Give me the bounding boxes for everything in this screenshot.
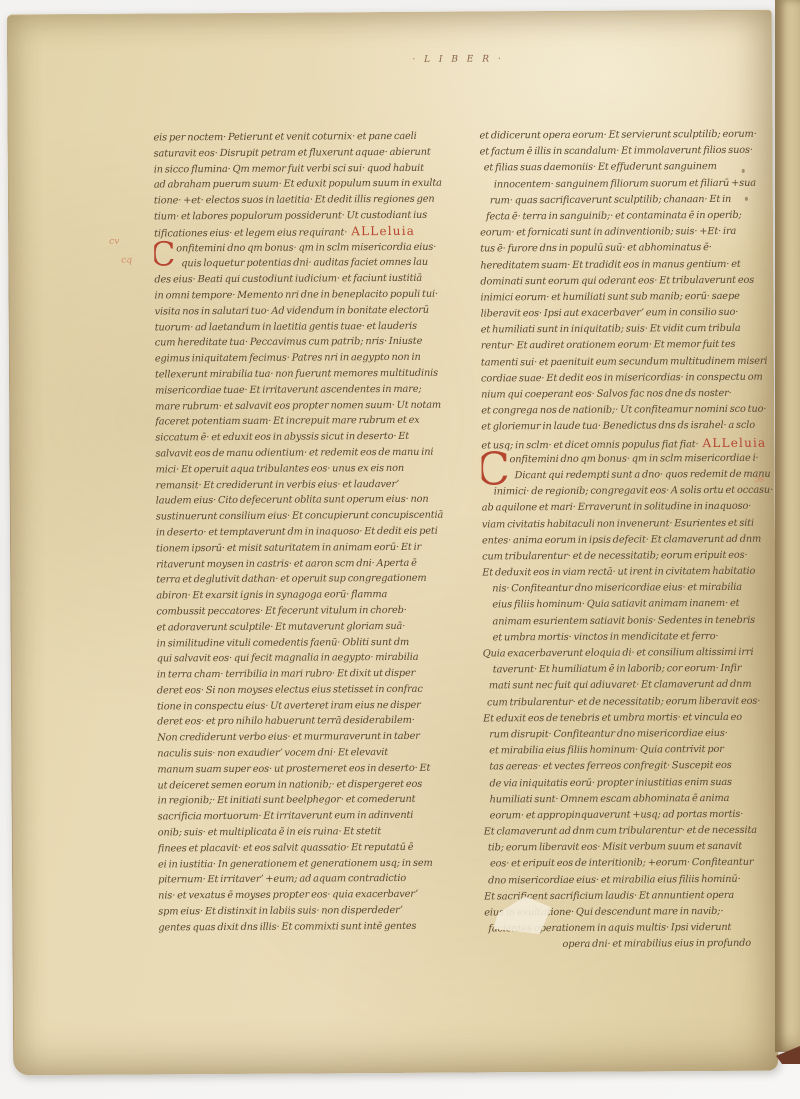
line-text: Et clamaverunt ad dnm cum tribularentur·… — [484, 825, 757, 838]
text-line: Dicant qui redempti sunt a dno· quos red… — [482, 467, 775, 485]
line-text: cordiae suae· Et dedit eos in misericord… — [481, 372, 763, 385]
text-line: terra et deglutivit dathan· et operuit s… — [156, 571, 456, 589]
line-text: onfitemini dno qm bonus· qm in sclm mise… — [509, 453, 758, 466]
text-line: eorum· et appropinquaverunt +usq; ad por… — [484, 807, 777, 825]
line-text: Non crediderunt verbo eius· et murmurave… — [157, 731, 420, 744]
text-line: et factum ē illis in scandalum· Et immol… — [480, 143, 773, 161]
text-line: et congrega nos de nationib;· Ut confite… — [481, 402, 774, 420]
right-text-column: et didicerunt opera eorum· Et servierunt… — [479, 127, 777, 954]
text-line: hereditatem suam· Et tradidit eos in man… — [480, 256, 773, 274]
text-line: opera dni· et mirabilius eius in profund… — [484, 936, 777, 954]
alleluia-rubric: ALLeluia — [698, 435, 766, 449]
text-line: nis· Confiteantur dno misericordiae eius… — [482, 580, 775, 598]
line-text: quis loquetur potentias dni· auditas fac… — [181, 257, 428, 270]
line-text: tione· +et· electos suos in laetitia· Et… — [154, 194, 435, 207]
text-line: tus ē· furore dns in populū suū· et abho… — [480, 240, 773, 258]
text-line: et humiliati sunt in iniquitatib; suis· … — [481, 321, 774, 339]
text-line: in omni tempore· Memento nri dne in bene… — [154, 287, 454, 305]
line-text: tium· et labores populorum possiderunt· … — [154, 210, 427, 223]
line-text: Quia exacerbaverunt eloquia di· et consi… — [483, 647, 754, 660]
line-text: eos· et eripuit eos de interitionib; +eo… — [490, 857, 753, 870]
text-line: tione in conspectu eius· Ut averteret ir… — [157, 697, 457, 715]
page-header-title: · L I B E R · — [308, 54, 608, 66]
line-text: tificationes eius· et legem eius requira… — [154, 227, 347, 239]
text-line: nium qui coeperant eos· Salvos fac nos d… — [481, 386, 774, 404]
text-line: spm eius· Et distinxit in labiis suis· n… — [158, 903, 458, 921]
text-line: et usq; in sclm· et dicet omnis populus … — [481, 434, 774, 452]
line-text: viam civitatis habitaculi non invenerunt… — [482, 517, 754, 530]
text-line: in similitudine vituli comedentis faenū·… — [157, 634, 457, 652]
line-text: dno misericordiae eius· et mirabilia eiu… — [488, 874, 741, 887]
line-text: saturavit eos· Disrupit petram et fluxer… — [154, 147, 431, 160]
text-line: rum· quas sacrificaverunt sculptilib; ch… — [480, 191, 773, 209]
line-text: et umbra mortis· vinctos in mendicitate … — [493, 631, 719, 643]
text-line: cum tribularentur· et de necessitatib; e… — [483, 693, 776, 711]
line-text: mare rubrum· et salvavit eos propter nom… — [155, 399, 441, 412]
line-text: innocentem· sanguinem filiorum suorum et… — [494, 177, 756, 190]
line-text: in regionib;· Et initiati sunt beelphego… — [158, 794, 416, 807]
text-line: Et eduxit eos de tenebris et umbra morti… — [483, 709, 776, 727]
line-text: tus ē· furore dns in populū suū· et abho… — [480, 242, 712, 254]
line-text: ab aquilone et mari· Erraverunt in solit… — [482, 501, 751, 514]
text-line: cum tribularentur· et de necessitatib; e… — [482, 548, 775, 566]
line-text: et humiliati sunt in iniquitatib; suis· … — [481, 323, 741, 336]
text-line: eius filiis hominum· Quia satiavit anima… — [482, 596, 775, 614]
text-line: et mirabilia eius filiis hominum· Quia c… — [483, 742, 776, 760]
text-line: Confitemini dno qm bonus· qm in sclm mis… — [481, 450, 774, 468]
line-text: mati sunt nec fuit qui adiuvaret· Et cla… — [489, 679, 752, 692]
text-line: des eius· Beati qui custodiunt iudicium·… — [154, 271, 454, 289]
text-line: in sicco flumina· Qm memor fuit verbi sc… — [154, 160, 454, 178]
text-line: tium· et labores populorum possiderunt· … — [154, 208, 454, 226]
line-text: et adoraverunt sculptile· Et mutaverunt … — [156, 621, 405, 634]
text-line: in regionib;· Et initiati sunt beelphego… — [158, 792, 458, 810]
line-text: et filias suas daemoniis· Et effuderunt … — [484, 161, 717, 173]
text-line: ad abraham puerum suum· Et eduxit populu… — [154, 176, 454, 194]
text-line: siccatum ē· et eduxit eos in abyssis sic… — [155, 429, 455, 447]
text-line: inimici eorum· et humiliati sunt sub man… — [480, 289, 773, 307]
line-text: salvavit eos de manu odientium· et redem… — [155, 447, 433, 460]
text-line: taverunt· Et humiliatum ē in laborib; co… — [483, 661, 776, 679]
text-line: et adoraverunt sculptile· Et mutaverunt … — [156, 618, 456, 636]
text-line: laudem eius· Cito defecerunt oblita sunt… — [156, 492, 456, 510]
line-text: et factum ē illis in scandalum· Et immol… — [480, 145, 753, 158]
line-text: deret eos· et pro nihilo habuerunt terrā… — [157, 715, 415, 728]
line-text: dominati sunt eorum qui oderant eos· Et … — [480, 274, 754, 287]
line-text: terra et deglutivit dathan· et operuit s… — [156, 573, 426, 586]
line-text: et usq; in sclm· et dicet omnis populus … — [481, 439, 698, 451]
line-text: in sicco flumina· Qm memor fuit verbi sc… — [154, 162, 424, 175]
line-text: rentur· Et audiret orationem eorum· Et m… — [481, 339, 736, 352]
line-text: piternum· Et irritaverʼ +eum; ad aquam c… — [158, 873, 406, 886]
text-line: manum suam super eos· ut prosterneret eo… — [157, 760, 457, 778]
text-line: et didicerunt opera eorum· Et servierunt… — [479, 127, 772, 145]
text-line: et umbra mortis· vinctos in mendicitate … — [483, 628, 776, 646]
text-line: Et clamaverunt ad dnm cum tribularentur·… — [484, 823, 777, 841]
line-text: rum disrupit· Confiteantur dno misericor… — [489, 728, 728, 740]
text-line: eos· et eripuit eos de interitionib; +eo… — [484, 855, 777, 873]
line-text: qui salvavit eos· qui fecit magnalia in … — [157, 652, 419, 665]
line-text: mici· Et operuit aqua tribulantes eos· u… — [156, 463, 405, 476]
line-text: entes· anima eorum in ipsis defecit· Et … — [482, 533, 761, 546]
ink-speck — [745, 197, 748, 201]
text-line: de via iniquitatis eorū· propter iniusti… — [483, 774, 776, 792]
line-text: sacrificia mortuorum· Et irritaverunt eu… — [158, 810, 414, 823]
line-text: hereditatem suam· Et tradidit eos in man… — [480, 258, 740, 271]
text-line: sustinuerunt consilium eius· Et concupie… — [156, 508, 456, 526]
line-text: onib; suis· et multiplicata ē in eis rui… — [158, 826, 381, 838]
text-line: Quia exacerbaverunt eloquia di· et consi… — [483, 645, 776, 663]
line-text: cum tribularentur· et de necessitatib; e… — [487, 695, 760, 708]
text-line: onib; suis· et multiplicata ē in eis rui… — [158, 824, 458, 842]
text-line: tas aereas· et vectes ferreos confregit·… — [483, 758, 776, 776]
adjacent-page-edge — [775, 0, 800, 1052]
line-text: taverunt· Et humiliatum ē in laborib; co… — [493, 663, 742, 676]
text-line: tellexerunt mirabilia tua· non fuerunt m… — [155, 366, 455, 384]
text-line: tib; eorum liberavit eos· Misit verbum s… — [484, 839, 777, 857]
line-text: opera dni· et mirabilius eius in profund… — [562, 938, 751, 950]
text-line: quis loquetur potentias dni· auditas fac… — [154, 255, 454, 273]
text-line: tificationes eius· et legem eius requira… — [154, 223, 454, 241]
text-line: misericordiae tuae· Et irritaverunt asce… — [155, 381, 455, 399]
line-text: Et eduxit eos de tenebris et umbra morti… — [483, 712, 742, 725]
line-text: spm eius· Et distinxit in labiis suis· n… — [158, 905, 402, 917]
line-text: humiliati sunt· Omnem escam abhominata ē… — [490, 793, 730, 805]
text-line: cum hereditate tua· Peccavimus cum patri… — [155, 334, 455, 352]
alleluia-rubric: ALLeluia — [347, 224, 415, 238]
line-text: ad abraham puerum suum· Et eduxit populu… — [154, 178, 442, 191]
line-text: Et deduxit eos in viam rectā· ut irent i… — [482, 566, 755, 579]
line-text: remansit· Et crediderunt in verbis eius·… — [156, 478, 399, 490]
line-text: Dicant qui redempti sunt a dno· quos red… — [515, 469, 771, 482]
line-text: et didicerunt opera eorum· Et servierunt… — [479, 129, 756, 142]
line-text: onfitemini dno qm bonus· qm in sclm mise… — [176, 241, 436, 254]
line-text: in similitudine vituli comedentis faenū·… — [157, 636, 410, 649]
line-text: ritaverunt moysen in castris· et aaron s… — [156, 557, 417, 570]
line-text: et gloriemur in laude tua· Benedictus dn… — [481, 420, 755, 433]
text-line: tamenti sui· et paenituit eum secundum m… — [481, 353, 774, 371]
marginal-mark: cv — [109, 237, 119, 247]
text-line: deret eos· Si non moyses electus eius st… — [157, 682, 457, 700]
line-text: liberavit eos· Ipsi aut exacerbaverʼ eum… — [481, 307, 739, 320]
text-line: ritaverunt moysen in castris· et aaron s… — [156, 555, 456, 573]
text-line: gentes quas dixit dns illis· Et commixti… — [158, 918, 458, 936]
line-text: siccatum ē· et eduxit eos in abyssis sic… — [155, 431, 409, 444]
text-line: visita nos in salutari tuo· Ad videndum … — [155, 302, 455, 320]
text-line: combussit peccatores· Et fecerunt vitulu… — [156, 603, 456, 621]
text-line: animam esurientem satiavit bonis· Sedent… — [482, 612, 775, 630]
text-line: naculis suis· non exaudierʼ vocem dni· E… — [157, 745, 457, 763]
text-line: rentur· Et audiret orationem eorum· Et m… — [481, 337, 774, 355]
left-text-column: eis per noctem· Petierunt et venit cotur… — [153, 129, 458, 936]
line-text: eius filiis hominum· Quia satiavit anima… — [492, 598, 739, 611]
text-line: in terra cham· terribilia in mari rubro·… — [157, 666, 457, 684]
text-line: dno misericordiae eius· et mirabilia eiu… — [484, 871, 777, 889]
text-line: in deserto· et temptaverunt dm in inaquo… — [156, 524, 456, 542]
line-text: manum suam super eos· ut prosterneret eo… — [157, 763, 430, 776]
line-text: deret eos· Si non moyses electus eius st… — [157, 684, 423, 697]
text-line: Et deduxit eos in viam rectā· ut irent i… — [482, 564, 775, 582]
text-line: inimici· de regionib; congregavit eos· A… — [482, 483, 775, 501]
line-text: misericordiae tuae· Et irritaverunt asce… — [155, 384, 422, 397]
text-line: salvavit eos de manu odientium· et redem… — [155, 445, 455, 463]
line-text: et mirabilia eius filiis hominum· Quia c… — [489, 744, 724, 756]
text-line: tuorum· ad laetandum in laetitia gentis … — [155, 318, 455, 336]
line-text: cum tribularentur· et de necessitatib; e… — [482, 550, 747, 563]
marginal-mark: ↄs — [755, 475, 765, 485]
text-line: qui salvavit eos· qui fecit magnalia in … — [157, 650, 457, 668]
line-text: de via iniquitatis eorū· propter iniusti… — [489, 776, 732, 788]
line-text: finees et placavit· et eos salvit quassa… — [158, 842, 414, 855]
line-text: tuorum· ad laetandum in laetitia gentis … — [155, 320, 417, 333]
text-line: humiliati sunt· Omnem escam abhominata ē… — [484, 790, 777, 808]
marginalia-layer: cvcqↄs — [8, 11, 772, 16]
line-text: eis per noctem· Petierunt et venit cotur… — [153, 131, 416, 144]
line-text: egimus iniquitatem fecimus· Patres nri i… — [155, 352, 421, 365]
text-line: et filias suas daemoniis· Et effuderunt … — [480, 159, 773, 177]
text-line: egimus iniquitatem fecimus· Patres nri i… — [155, 350, 455, 368]
line-text: tib; eorum liberavit eos· Misit verbum s… — [488, 841, 742, 854]
text-line: Confitemini dno qm bonus· qm in sclm mis… — [154, 239, 454, 257]
line-text: tellexerunt mirabilia tua· non fuerunt m… — [155, 368, 438, 381]
line-text: animam esurientem satiavit bonis· Sedent… — [492, 614, 755, 627]
line-text: tamenti sui· et paenituit eum secundum m… — [481, 355, 768, 368]
text-line: piternum· Et irritaverʼ +eum; ad aquam c… — [158, 871, 458, 889]
marginal-mark: cq — [121, 256, 132, 266]
text-line: Non crediderunt verbo eius· et murmurave… — [157, 729, 457, 747]
line-text: ei in iustitia· In generationem et gener… — [158, 857, 433, 870]
line-text: faceret potentiam suam· Et increpuit mar… — [155, 415, 419, 428]
line-text: nis· Confiteantur dno misericordiae eius… — [492, 582, 742, 595]
text-line: tione· +et· electos suos in laetitia· Et… — [154, 192, 454, 210]
line-text: inimici eorum· et humiliati sunt sub man… — [480, 291, 739, 304]
text-line: entes· anima eorum in ipsis defecit· Et … — [482, 531, 775, 549]
line-text: nis· et vexatus ē moyses propter eos· qu… — [158, 889, 418, 902]
line-text: in deserto· et temptaverunt dm in inaquo… — [156, 526, 438, 539]
text-line: abiron· Et exarsit ignis in synagoga eor… — [156, 587, 456, 605]
text-line: innocentem· sanguinem filiorum suorum et… — [480, 175, 773, 193]
text-line: ut deiceret semen eorum in nationib;· et… — [157, 776, 457, 794]
text-line: mici· Et operuit aqua tribulantes eos· u… — [156, 460, 456, 478]
ink-speck — [742, 169, 745, 173]
text-line: rum disrupit· Confiteantur dno misericor… — [483, 726, 776, 744]
line-text: inimici· de regionib; congregavit eos· A… — [494, 485, 773, 498]
line-text: tione in conspectu eius· Ut averteret ir… — [157, 700, 421, 713]
photo-background: { "header": { "title": "· L I B E R ·" }… — [0, 0, 800, 1099]
text-line: nis· et vexatus ē moyses propter eos· qu… — [158, 887, 458, 905]
line-text: sustinuerunt consilium eius· Et concupie… — [156, 510, 443, 523]
text-line: saturavit eos· Disrupit petram et fluxer… — [154, 144, 454, 162]
line-text: et congrega nos de nationib;· Ut confite… — [481, 404, 766, 417]
line-text: tionem ipsorū· et misit saturitatem in a… — [156, 542, 421, 555]
text-line: mati sunt nec fuit qui adiuvaret· Et cla… — [483, 677, 776, 695]
line-text: gentes quas dixit dns illis· Et commixti… — [158, 921, 416, 934]
line-text: abiron· Et exarsit ignis in synagoga eor… — [156, 589, 387, 601]
manuscript-page: · L I B E R · eis per noctem· Petierunt … — [7, 10, 778, 1076]
line-text: nium qui coeperant eos· Salvos fac nos d… — [481, 388, 732, 401]
text-line: et gloriemur in laude tua· Benedictus dn… — [481, 418, 774, 436]
line-text: ut deiceret semen eorum in nationib;· et… — [157, 778, 422, 791]
line-text: laudem eius· Cito defecerunt oblita sunt… — [156, 494, 429, 507]
text-line: eorum· et fornicati sunt in adinventioni… — [480, 224, 773, 242]
text-line: mare rubrum· et salvavit eos propter nom… — [155, 397, 455, 415]
line-text: des eius· Beati qui custodiunt iudicium·… — [154, 273, 422, 286]
line-text: cum hereditate tua· Peccavimus cum patri… — [155, 336, 422, 349]
text-line: liberavit eos· Ipsi aut exacerbaverʼ eum… — [481, 305, 774, 323]
text-line: tionem ipsorū· et misit saturitatem in a… — [156, 539, 456, 557]
text-line: eis per noctem· Petierunt et venit cotur… — [153, 129, 453, 147]
text-line: faceret potentiam suam· Et increpuit mar… — [155, 413, 455, 431]
text-line: remansit· Et crediderunt in verbis eius·… — [156, 476, 456, 494]
line-text: rum· quas sacrificaverunt sculptilib; ch… — [490, 194, 731, 206]
line-text: in terra cham· terribilia in mari rubro·… — [157, 668, 415, 681]
text-line: deret eos· et pro nihilo habuerunt terrā… — [157, 713, 457, 731]
line-text: tas aereas· et vectes ferreos confregit·… — [489, 760, 731, 772]
text-line: ei in iustitia· In generationem et gener… — [158, 855, 458, 873]
line-text: eorum· et appropinquaverunt +usq; ad por… — [490, 809, 744, 822]
text-line: fecta ē· terra in sanguinib;· et contami… — [480, 208, 773, 226]
text-line: viam civitatis habitaculi non invenerunt… — [482, 515, 775, 533]
text-line: sacrificia mortuorum· Et irritaverunt eu… — [158, 808, 458, 826]
text-line: finees et placavit· et eos salvit quassa… — [158, 839, 458, 857]
line-text: fecta ē· terra in sanguinib;· et contami… — [486, 210, 742, 223]
text-line: ab aquilone et mari· Erraverunt in solit… — [482, 499, 775, 517]
line-text: naculis suis· non exaudierʼ vocem dni· E… — [157, 747, 388, 759]
text-line: cordiae suae· Et dedit eos in misericord… — [481, 369, 774, 387]
line-text: eorum· et fornicati sunt in adinventioni… — [480, 226, 736, 239]
text-line: dominati sunt eorum qui oderant eos· Et … — [480, 272, 773, 290]
line-text: visita nos in salutari tuo· Ad videndum … — [155, 305, 429, 318]
line-text: combussit peccatores· Et fecerunt vitulu… — [156, 605, 406, 618]
line-text: in omni tempore· Memento nri dne in bene… — [154, 289, 438, 302]
